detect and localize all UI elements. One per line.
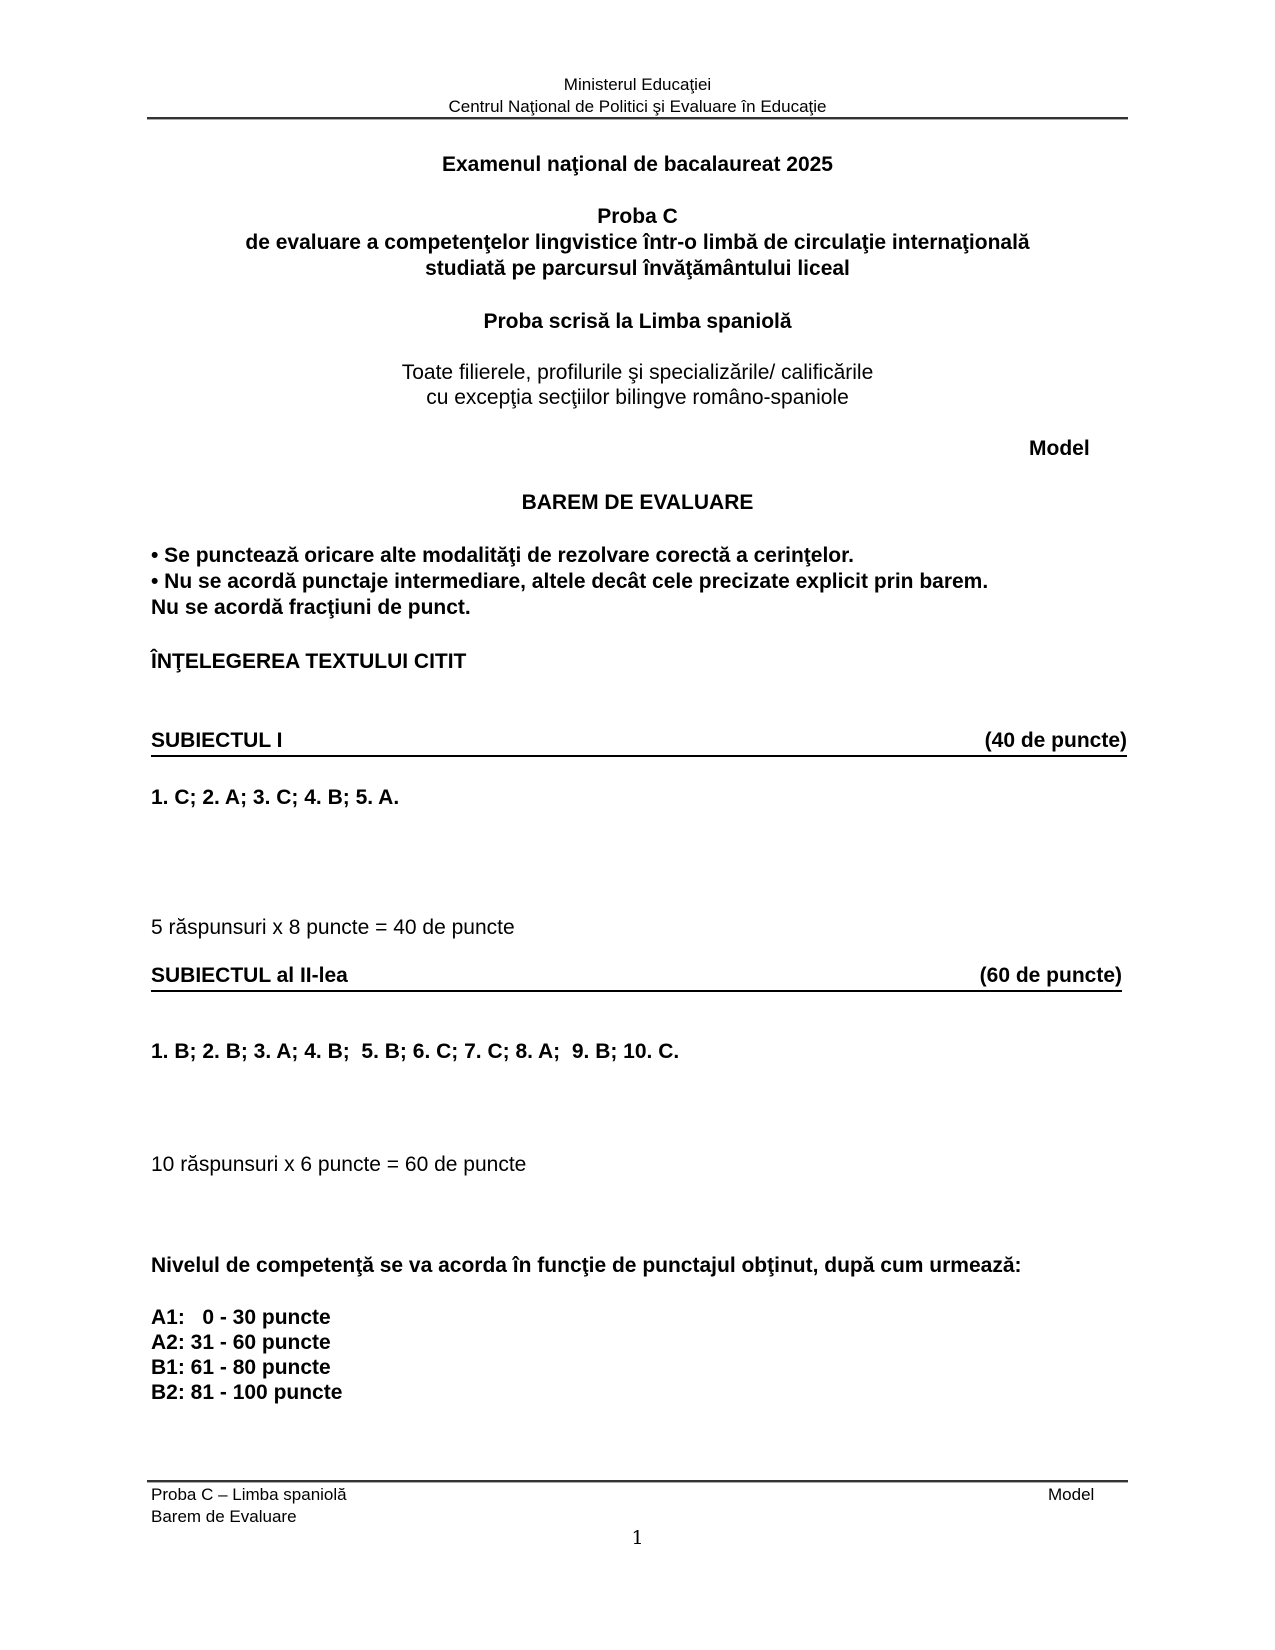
subject-1-title: SUBIECTUL I	[151, 729, 282, 752]
barem-title: BAREM DE EVALUARE	[147, 491, 1128, 515]
proba-title: Proba C	[147, 205, 1128, 229]
subject-1-answers: 1. C; 2. A; 3. C; 4. B; 5. A.	[151, 786, 399, 810]
level-a1: A1: 0 - 30 puncte	[151, 1306, 331, 1330]
footer-left-1: Proba C – Limba spaniolă	[151, 1484, 347, 1505]
rule-1: • Se punctează oricare alte modalităţi d…	[151, 544, 854, 568]
center-name: Centrul Naţional de Politici şi Evaluare…	[147, 97, 1128, 117]
level-b1: B1: 61 - 80 puncte	[151, 1356, 331, 1380]
footer-rule	[147, 1480, 1128, 1482]
proba-description-1: de evaluare a competenţelor lingvistice …	[147, 231, 1128, 255]
proba-description-2: studiată pe parcursul învăţământului lic…	[147, 257, 1128, 281]
subject-2-title: SUBIECTUL al II-lea	[151, 964, 348, 987]
page-number: 1	[147, 1527, 1128, 1549]
subject-1-header: SUBIECTUL I (40 de puncte)	[151, 729, 1127, 757]
ministry-name: Ministerul Educaţiei	[147, 75, 1128, 95]
footer-model: Model	[1048, 1484, 1094, 1505]
rule-2: • Nu se acordă punctaje intermediare, al…	[151, 570, 988, 594]
rule-3: Nu se acordă fracţiuni de punct.	[151, 596, 471, 620]
subject-1-scoring: 5 răspunsuri x 8 puncte = 40 de puncte	[151, 916, 515, 940]
subject-2-header: SUBIECTUL al II-lea (60 de puncte)	[151, 964, 1122, 992]
level-b2: B2: 81 - 100 puncte	[151, 1381, 342, 1405]
scope-line-2: cu excepţia secţiilor bilingve româno-sp…	[147, 386, 1128, 410]
scope-line-1: Toate filierele, profilurile şi speciali…	[147, 361, 1128, 385]
level-a2: A2: 31 - 60 puncte	[151, 1331, 331, 1355]
model-label: Model	[1029, 437, 1090, 461]
section-heading: ÎNŢELEGEREA TEXTULUI CITIT	[151, 650, 466, 674]
levels-intro: Nivelul de competenţă se va acorda în fu…	[151, 1254, 1022, 1278]
subject-2-answers: 1. B; 2. B; 3. A; 4. B; 5. B; 6. C; 7. C…	[151, 1040, 679, 1064]
exam-title: Examenul naţional de bacalaureat 2025	[147, 153, 1128, 177]
subject-2-points: (60 de puncte)	[980, 964, 1122, 988]
subject-title: Proba scrisă la Limba spaniolă	[147, 310, 1128, 334]
footer-left-2: Barem de Evaluare	[151, 1506, 297, 1527]
subject-1-points: (40 de puncte)	[985, 729, 1127, 753]
subject-2-scoring: 10 răspunsuri x 6 puncte = 60 de puncte	[151, 1153, 526, 1177]
header-rule	[147, 117, 1128, 119]
